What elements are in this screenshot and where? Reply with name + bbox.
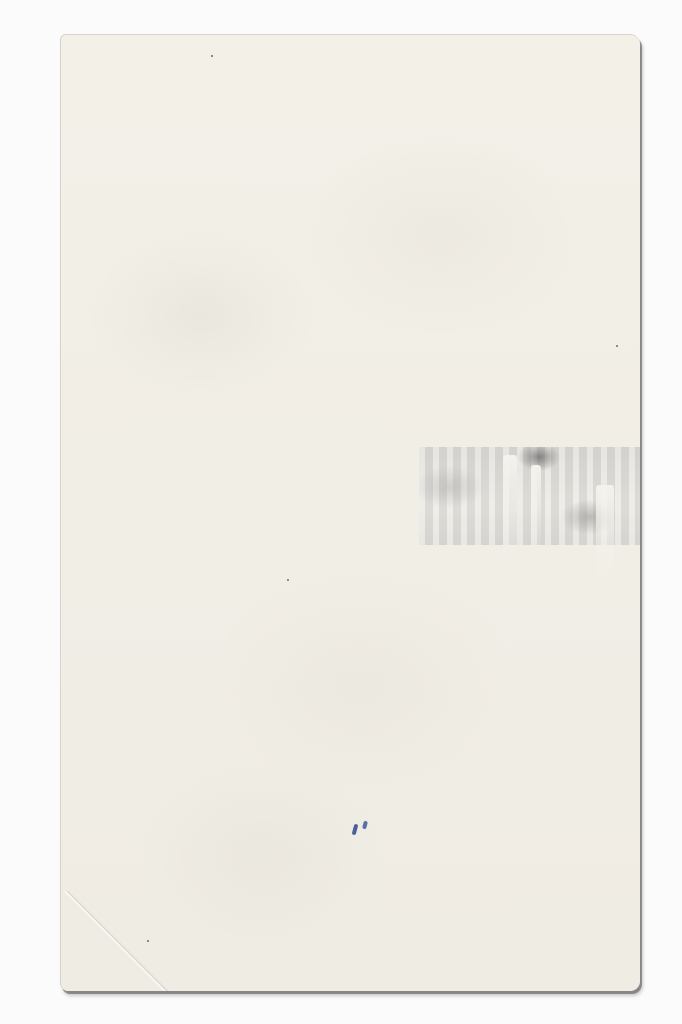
blue-ink-mark xyxy=(362,821,368,830)
dust-speck xyxy=(616,345,618,347)
torn-streak xyxy=(503,455,517,575)
dust-speck xyxy=(211,55,213,57)
corner-crease xyxy=(61,891,171,991)
blank-card-back xyxy=(60,34,640,991)
torn-streak xyxy=(531,465,541,555)
photo-scene xyxy=(0,0,682,1024)
dust-speck xyxy=(147,940,149,942)
torn-streak xyxy=(596,485,614,595)
dust-speck xyxy=(287,579,289,581)
blue-ink-mark xyxy=(352,824,359,836)
